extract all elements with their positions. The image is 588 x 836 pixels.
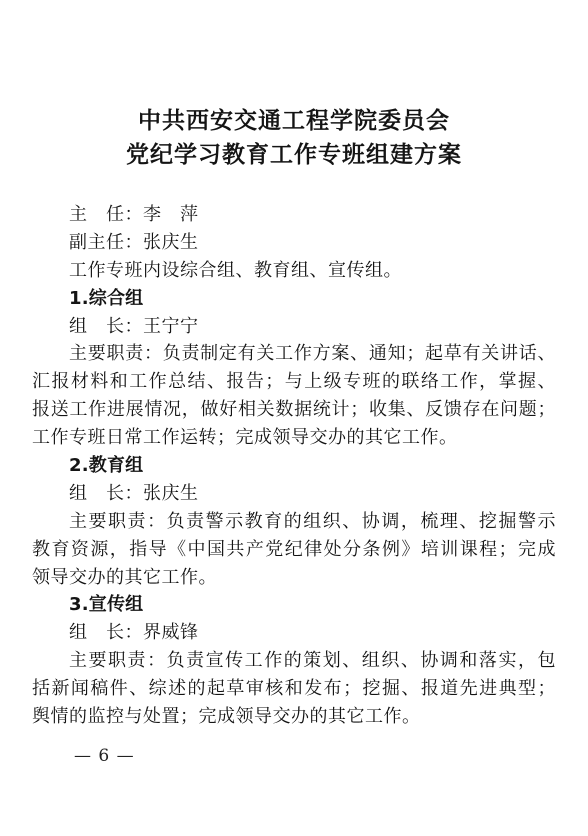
body-line: 汇报材料和工作总结、报告；与上级专班的联络工作，掌握、 (32, 368, 556, 396)
body-line: 工作专班日常工作运转；完成领导交办的其它工作。 (32, 424, 556, 452)
document-title-line-2: 党纪学习教育工作专班组建方案 (0, 138, 588, 172)
section-heading: 3.宣传组 (32, 591, 556, 619)
body-line: 教育资源，指导《中国共产党纪律处分条例》培训课程；完成 (32, 536, 556, 564)
body-line: 领导交办的其它工作。 (32, 564, 556, 592)
body-line: 组 长：张庆生 (32, 480, 556, 508)
body-line: 组 长：界威锋 (32, 619, 556, 647)
section-heading: 1.综合组 (32, 285, 556, 313)
body-line: 括新闻稿件、综述的起草审核和发布；挖掘、报道先进典型； (32, 675, 556, 703)
document-title-line-1: 中共西安交通工程学院委员会 (0, 104, 588, 138)
body-line: 舆情的监控与处置；完成领导交办的其它工作。 (32, 703, 556, 731)
document-title: 中共西安交通工程学院委员会 党纪学习教育工作专班组建方案 (0, 104, 588, 172)
document-page: 中共西安交通工程学院委员会 党纪学习教育工作专班组建方案 主 任：李 萍副主任：… (0, 0, 588, 836)
body-line: 工作专班内设综合组、教育组、宣传组。 (32, 257, 556, 285)
body-line: 主要职责：负责制定有关工作方案、通知；起草有关讲话、 (32, 340, 556, 368)
section-heading: 2.教育组 (32, 452, 556, 480)
document-body: 主 任：李 萍副主任：张庆生工作专班内设综合组、教育组、宣传组。1.综合组组 长… (32, 201, 556, 731)
body-line: 主要职责：负责宣传工作的策划、组织、协调和落实，包 (32, 647, 556, 675)
body-line: 主要职责：负责警示教育的组织、协调，梳理、挖掘警示 (32, 508, 556, 536)
body-line: 组 长：王宁宁 (32, 313, 556, 341)
page-number: — 6 — (74, 746, 135, 766)
body-line: 报送工作进展情况，做好相关数据统计；收集、反馈存在问题； (32, 396, 556, 424)
body-line: 主 任：李 萍 (32, 201, 556, 229)
body-line: 副主任：张庆生 (32, 229, 556, 257)
